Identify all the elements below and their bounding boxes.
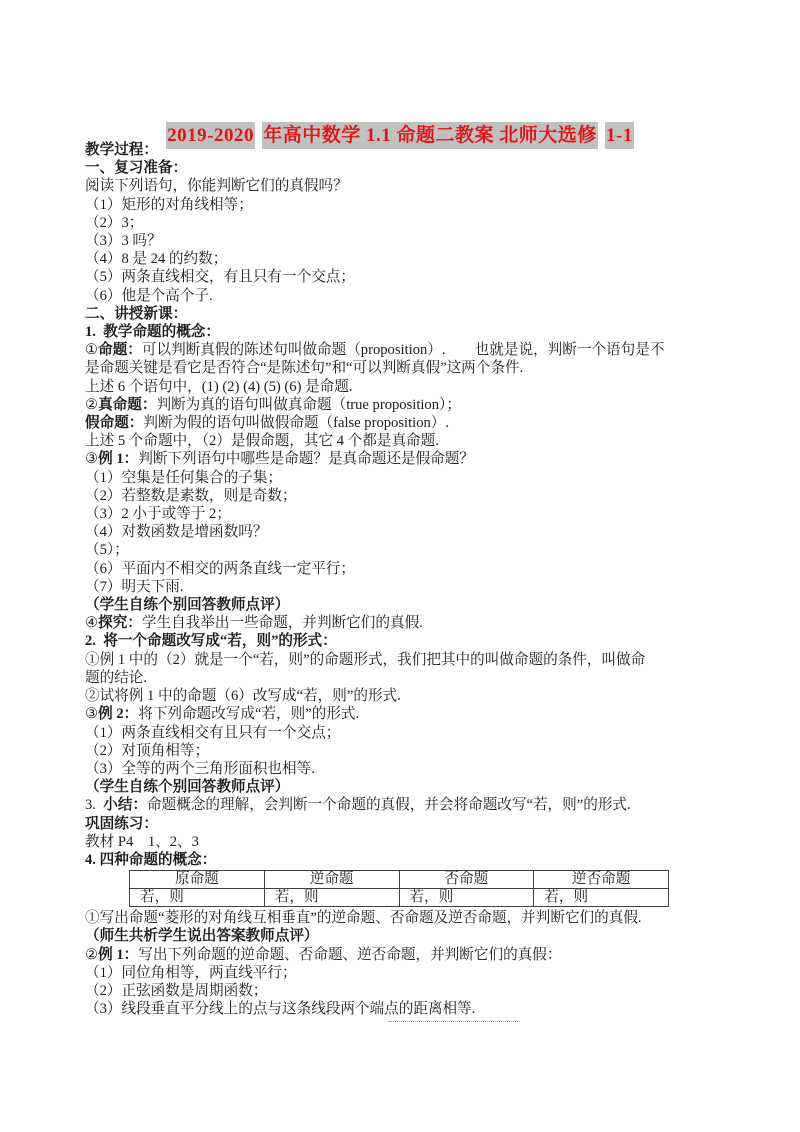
text-line: 假命题：判断为假的语句叫做假命题（false proposition）. [85, 414, 735, 432]
text-segment: 题的结论. [85, 670, 147, 686]
text-line: （7）明天下雨. [85, 578, 735, 596]
text-line: 题的结论. [85, 669, 735, 687]
text-segment: （2）正弦函数是周期函数； [85, 983, 267, 999]
text-segment: ①例 1 中的（2）就是一个“若，则”的命题形式，我们把其中的叫做命题的条件，叫… [85, 652, 645, 668]
heading-teaching-process: 教学过程： [85, 141, 735, 159]
text-line: （3）3 吗？ [85, 232, 735, 250]
text-segment: （师生共析学生说出答案教师点评） [85, 928, 319, 944]
text-segment: 1. 教学命题的概念： [85, 324, 220, 340]
heading-proposition-concept: 1. 教学命题的概念： [85, 323, 735, 341]
text-segment: ②试将例 1 中的命题（6）改写成“若，则”的形式. [85, 688, 401, 704]
text-segment: 将下列命题改写成“若，则”的形式. [138, 706, 359, 722]
text-segment: （7）明天下雨. [85, 579, 184, 595]
text-line: 教材 P4 1、2、3 [85, 833, 735, 851]
text-segment: （4）对数函数是增函数吗？ [85, 524, 267, 540]
text-line: （2）3； [85, 214, 735, 232]
text-segment: 小结： [103, 797, 147, 813]
table-cell: 若，则 [130, 889, 265, 907]
four-propositions-table: 原命题逆命题否命题逆否命题若，则若，则若，则若，则 [129, 870, 669, 907]
text-segment: 判断为真的语句叫做真命题（true proposition）； [156, 397, 460, 413]
text-line: （1）两条直线相交有且只有一个交点； [85, 724, 735, 742]
text-segment: 一、复习准备： [85, 160, 187, 176]
text-segment: （2）若整数是素数，则是奇数； [85, 488, 297, 504]
text-segment: （2）对顶角相等； [85, 743, 209, 759]
text-line: ③例 1：判断下列语句中哪些是命题？是真命题还是假命题？ [85, 450, 735, 468]
table-cell: 若，则 [264, 889, 399, 907]
text-segment: ④ [85, 615, 98, 631]
text-segment: （1）同位角相等，两直线平行； [85, 965, 297, 981]
document-page: 2019-2020 年高中数学 1.1 命题二教案 北师大选修 1-1 教学过程… [0, 0, 800, 1132]
text-line: （3）2 小于或等于 2； [85, 505, 735, 523]
table-row: 若，则若，则若，则若，则 [130, 889, 669, 907]
text-segment: （5）； [85, 542, 129, 558]
text-segment: 探究： [98, 615, 142, 631]
text-line: 阅读下列语句，你能判断它们的真假吗？ [85, 177, 735, 195]
text-segment: （学生自练个别回答教师点评） [85, 597, 289, 613]
text-line: （6）平面内不相交的两条直线一定平行； [85, 560, 735, 578]
text-line: 上述 5 个命题中，（2）是假命题，其它 4 个都是真命题. [85, 432, 735, 450]
table-header-cell: 原命题 [130, 871, 265, 889]
text-line: （1）同位角相等，两直线平行； [85, 964, 735, 982]
heading-rewrite-form: 2. 将一个命题改写成“若，则”的形式： [85, 632, 735, 650]
text-line: ③例 2：将下列命题改写成“若，则”的形式. [85, 705, 735, 723]
text-segment: 命题： [98, 342, 142, 358]
text-segment: （6）平面内不相交的两条直线一定平行； [85, 561, 355, 577]
table-header-cell: 否命题 [399, 871, 534, 889]
text-segment: 2. 将一个命题改写成“若，则”的形式： [85, 633, 337, 649]
text-line: （4）对数函数是增函数吗？ [85, 523, 735, 541]
text-line: （4）8 是 24 的约数； [85, 250, 735, 268]
text-line: ①写出命题“菱形的对角线互相垂直”的逆命题、否命题及逆否命题，并判断它们的真假. [85, 909, 735, 927]
text-segment: （3）3 吗？ [85, 233, 162, 249]
table-cell: 若，则 [399, 889, 534, 907]
text-line: ①例 1 中的（2）就是一个“若，则”的命题形式，我们把其中的叫做命题的条件，叫… [85, 651, 735, 669]
text-segment: 判断下列语句中哪些是命题？是真命题还是假命题？ [138, 451, 474, 467]
text-line: 是命题关键是看它是否符合“是陈述句”和“可以判断真假”这两个条件. [85, 359, 735, 377]
text-segment: （1）空集是任何集合的子集； [85, 470, 282, 486]
heading-practice: 巩固练习： [85, 815, 735, 833]
text-segment: 阅读下列语句，你能判断它们的真假吗？ [85, 178, 348, 194]
text-line: （3）全等的两个三角形面积也相等. [85, 760, 735, 778]
table-wrapper: 原命题逆命题否命题逆否命题若，则若，则若，则若，则 [85, 869, 735, 909]
text-line: （2）正弦函数是周期函数； [85, 982, 735, 1000]
heading-review-prep: 一、复习准备： [85, 159, 735, 177]
text-segment: 写出下列命题的逆命题、否命题、逆否命题，并判断它们的真假： [138, 947, 561, 963]
text-segment: （5）两条直线相交，有且只有一个交点； [85, 269, 355, 285]
text-segment: 命题概念的理解，会判断一个命题的真假，并会将命题改写“若，则”的形式. [147, 797, 631, 813]
note-teacher-comment: （师生共析学生说出答案教师点评） [85, 927, 735, 945]
text-segment: ①写出命题“菱形的对角线互相垂直”的逆命题、否命题及逆否命题，并判断它们的真假. [85, 910, 642, 926]
table-header-row: 原命题逆命题否命题逆否命题 [130, 871, 669, 889]
proofing-underline-artifact [388, 1021, 520, 1022]
text-segment: 上述 6 个语句中，(1) (2) (4) (5) (6) 是命题. [85, 379, 353, 395]
text-segment: 上述 5 个命题中，（2）是假命题，其它 4 个都是真命题. [85, 433, 439, 449]
text-line: （5）； [85, 541, 735, 559]
text-segment: 巩固练习： [85, 816, 158, 832]
text-line: （6）他是个高个子. [85, 287, 735, 305]
text-segment: ③ [85, 706, 98, 722]
heading-four-propositions: 4. 四种命题的概念： [85, 851, 735, 869]
table-header-cell: 逆否命题 [534, 871, 669, 889]
heading-new-lesson: 二、讲授新课： [85, 305, 735, 323]
text-segment: 例 1： [98, 451, 138, 467]
document-body: 教学过程：一、复习准备：阅读下列语句，你能判断它们的真假吗？（1）矩形的对角线相… [85, 141, 735, 1018]
text-segment: （4）8 是 24 的约数； [85, 251, 227, 267]
note-student-practice: （学生自练个别回答教师点评） [85, 596, 735, 614]
text-line: 3. 小结：命题概念的理解，会判断一个命题的真假，并会将命题改写“若，则”的形式… [85, 796, 735, 814]
text-line: ①命题：可以判断真假的陈述句叫做命题（proposition）. 也就是说，判断… [85, 341, 735, 359]
text-segment: 真命题： [98, 397, 156, 413]
text-line: （5）两条直线相交，有且只有一个交点； [85, 268, 735, 286]
text-segment: （1）矩形的对角线相等； [85, 197, 253, 213]
table-cell: 若，则 [534, 889, 669, 907]
text-segment: （3）全等的两个三角形面积也相等. [85, 761, 315, 777]
text-line: ④探究：学生自我举出一些命题，并判断它们的真假. [85, 614, 735, 632]
text-segment: 例 2： [98, 706, 138, 722]
note-student-practice: （学生自练个别回答教师点评） [85, 778, 735, 796]
text-segment: （2）3； [85, 215, 143, 231]
text-line: 上述 6 个语句中，(1) (2) (4) (5) (6) 是命题. [85, 378, 735, 396]
text-line: （2）对顶角相等； [85, 742, 735, 760]
text-segment: 教学过程： [85, 142, 158, 158]
text-segment: 4. 四种命题的概念： [85, 852, 216, 868]
text-line: （1）空集是任何集合的子集； [85, 469, 735, 487]
text-segment: 学生自我举出一些命题，并判断它们的真假. [142, 615, 423, 631]
text-segment: 二、讲授新课： [85, 306, 187, 322]
table-header-cell: 逆命题 [264, 871, 399, 889]
text-segment: ② [85, 397, 98, 413]
text-segment: （6）他是个高个子. [85, 288, 213, 304]
text-segment: 教材 P4 1、2、3 [85, 834, 199, 850]
text-line: （1）矩形的对角线相等； [85, 196, 735, 214]
text-segment: 3. [85, 797, 103, 813]
text-line: （3）线段垂直平分线上的点与这条线段两个端点的距离相等. [85, 1000, 735, 1018]
text-segment: （3）2 小于或等于 2； [85, 506, 231, 522]
text-segment: （3）线段垂直平分线上的点与这条线段两个端点的距离相等. [85, 1001, 475, 1017]
text-line: （2）若整数是素数，则是奇数； [85, 487, 735, 505]
text-line: ②例 1：写出下列命题的逆命题、否命题、逆否命题，并判断它们的真假： [85, 946, 735, 964]
text-segment: （1）两条直线相交有且只有一个交点； [85, 725, 340, 741]
text-segment: 判断为假的语句叫做假命题（false proposition）. [143, 415, 449, 431]
text-segment: 例 1： [98, 947, 138, 963]
text-segment: （学生自练个别回答教师点评） [85, 779, 289, 795]
text-segment: 是命题关键是看它是否符合“是陈述句”和“可以判断真假”这两个条件. [85, 360, 523, 376]
text-segment: 可以判断真假的陈述句叫做命题（proposition）. 也就是说，判断一个语句… [142, 342, 665, 358]
text-line: ②试将例 1 中的命题（6）改写成“若，则”的形式. [85, 687, 735, 705]
text-line: ②真命题：判断为真的语句叫做真命题（true proposition）； [85, 396, 735, 414]
text-segment: ① [85, 342, 98, 358]
text-segment: ② [85, 947, 98, 963]
text-segment: 假命题： [85, 415, 143, 431]
text-segment: ③ [85, 451, 98, 467]
